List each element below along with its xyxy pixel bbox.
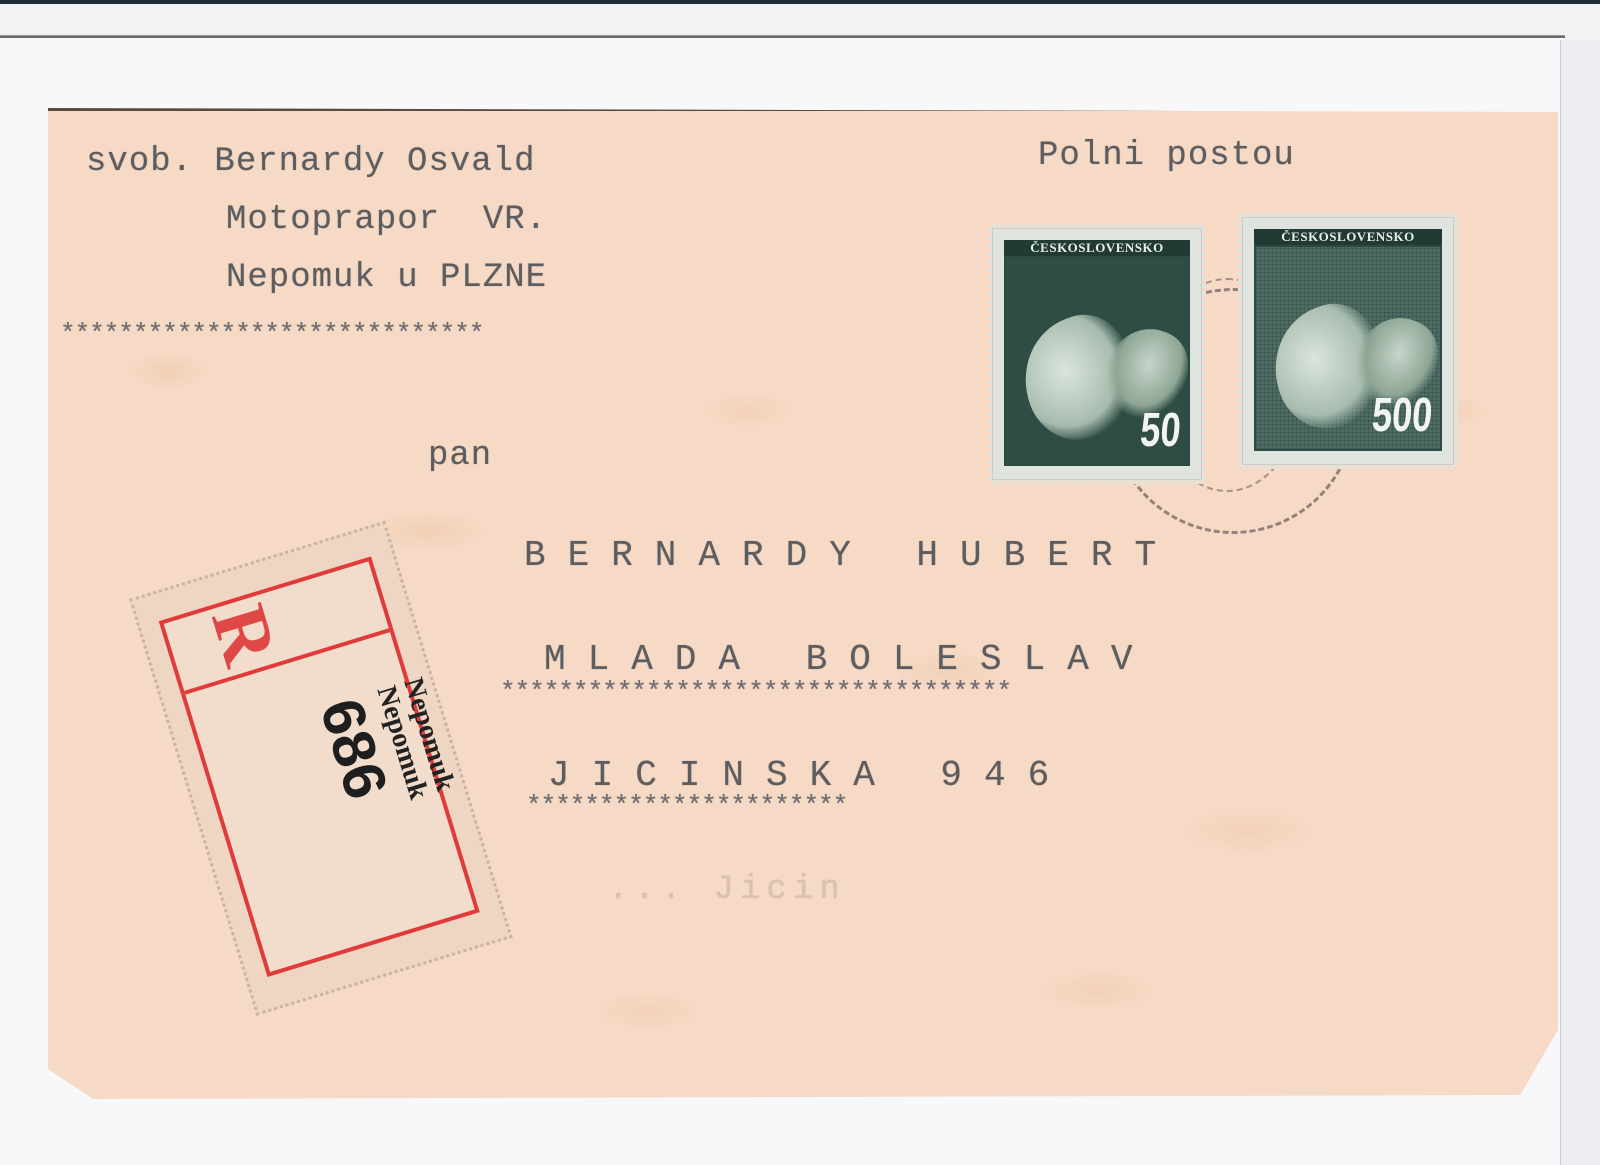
faded-address-line: ... Jicin (608, 871, 846, 909)
stamp-50: ČESKOSLOVENSKO 50 (988, 224, 1206, 484)
sender-line-2: Motoprapor VR. (226, 201, 547, 239)
city-separator: *********************************** (500, 677, 1011, 707)
sender-separator: ***************************** (60, 319, 483, 349)
envelope: svob. Bernardy Osvald Motoprapor VR. Nep… (48, 108, 1558, 1099)
registration-label-frame: R Nepomuk Nepomuk 686 (159, 556, 480, 977)
recipient-name: BERNARDY HUBERT (524, 535, 1178, 576)
service-note: Polni postou (1038, 137, 1295, 175)
sender-line-1: svob. Bernardy Osvald (86, 143, 535, 181)
recipient-salutation: pan (428, 437, 492, 475)
stamp-image: 500 (1254, 245, 1442, 451)
street-separator: ********************** (526, 791, 847, 821)
recipient-street: JICINSKA 946 (548, 755, 1071, 796)
recipient-city: MLADA BOLESLAV (544, 639, 1154, 680)
stamp-value: 50 (1138, 403, 1182, 458)
stamp-value: 500 (1370, 388, 1434, 443)
stamp-country-label: ČESKOSLOVENSKO (1004, 240, 1190, 256)
stamp-500: ČESKOSLOVENSKO 500 (1238, 213, 1458, 469)
backing-sheet-edge (1560, 40, 1600, 1165)
sender-line-3: Nepomuk u PLZNE (226, 259, 547, 297)
stamp-country-label: ČESKOSLOVENSKO (1254, 229, 1442, 245)
scan-top-strip (0, 0, 1600, 4)
registration-label: R Nepomuk Nepomuk 686 (159, 557, 478, 975)
stamp-image: 50 (1004, 256, 1190, 466)
